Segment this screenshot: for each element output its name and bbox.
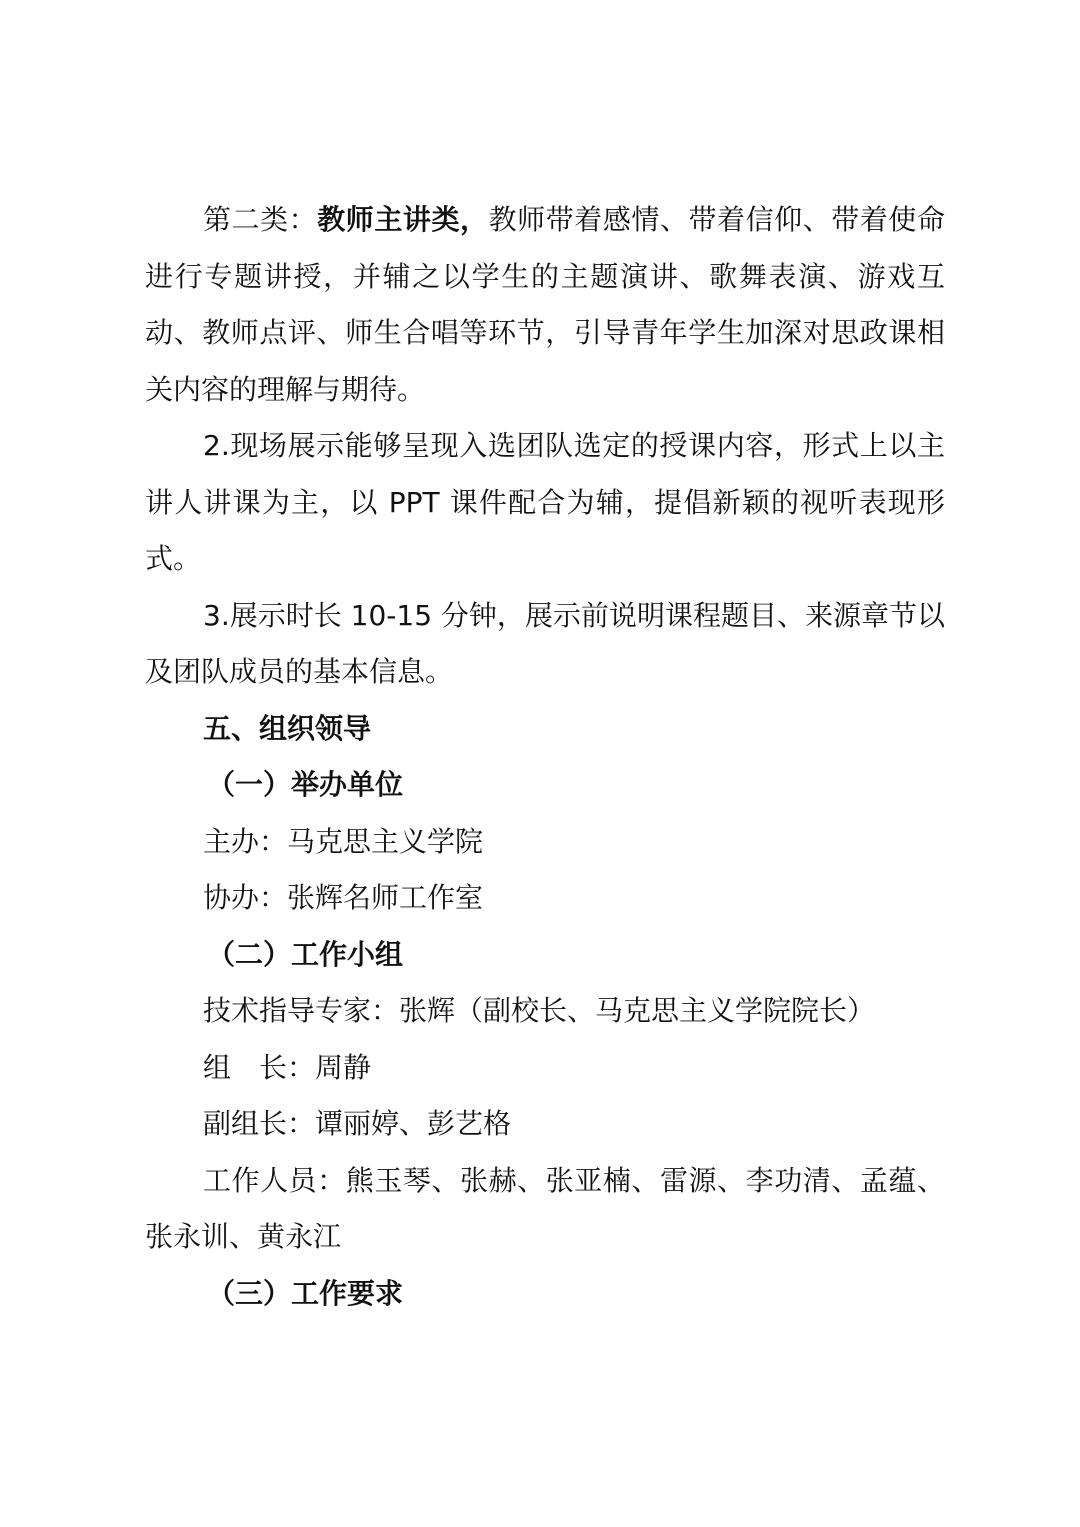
section-5-heading: 五、组织领导: [145, 701, 945, 758]
category-2-lead: 第二类：: [203, 203, 317, 236]
host-line: 主办：马克思主义学院: [145, 814, 945, 871]
document-page: 第二类：教师主讲类，教师带着感情、带着信仰、带着使命进行专题讲授，并辅之以学生的…: [145, 192, 945, 1322]
tech-expert-line: 技术指导专家：张辉（副校长、马克思主义学院院长）: [145, 983, 945, 1040]
subsection-2-heading: （二）工作小组: [145, 927, 945, 984]
paragraph-item-2: 2.现场展示能够呈现入选团队选定的授课内容，形式上以主讲人讲课为主，以 PPT …: [145, 418, 945, 588]
deputy-leader-line: 副组长：谭丽婷、彭艺格: [145, 1096, 945, 1153]
staff-line: 工作人员：熊玉琴、张赫、张亚楠、雷源、李功清、孟蕴、张永训、黄永江: [145, 1153, 945, 1266]
subsection-3-heading: （三）工作要求: [145, 1266, 945, 1323]
paragraph-category-2: 第二类：教师主讲类，教师带着感情、带着信仰、带着使命进行专题讲授，并辅之以学生的…: [145, 192, 945, 418]
leader-line: 组 长：周静: [145, 1040, 945, 1097]
category-2-bold-term: 教师主讲类，: [317, 203, 488, 236]
paragraph-item-3: 3.展示时长 10-15 分钟，展示前说明课程题目、来源章节以及团队成员的基本信…: [145, 588, 945, 701]
subsection-1-heading: （一）举办单位: [145, 757, 945, 814]
co-host-line: 协办：张辉名师工作室: [145, 870, 945, 927]
